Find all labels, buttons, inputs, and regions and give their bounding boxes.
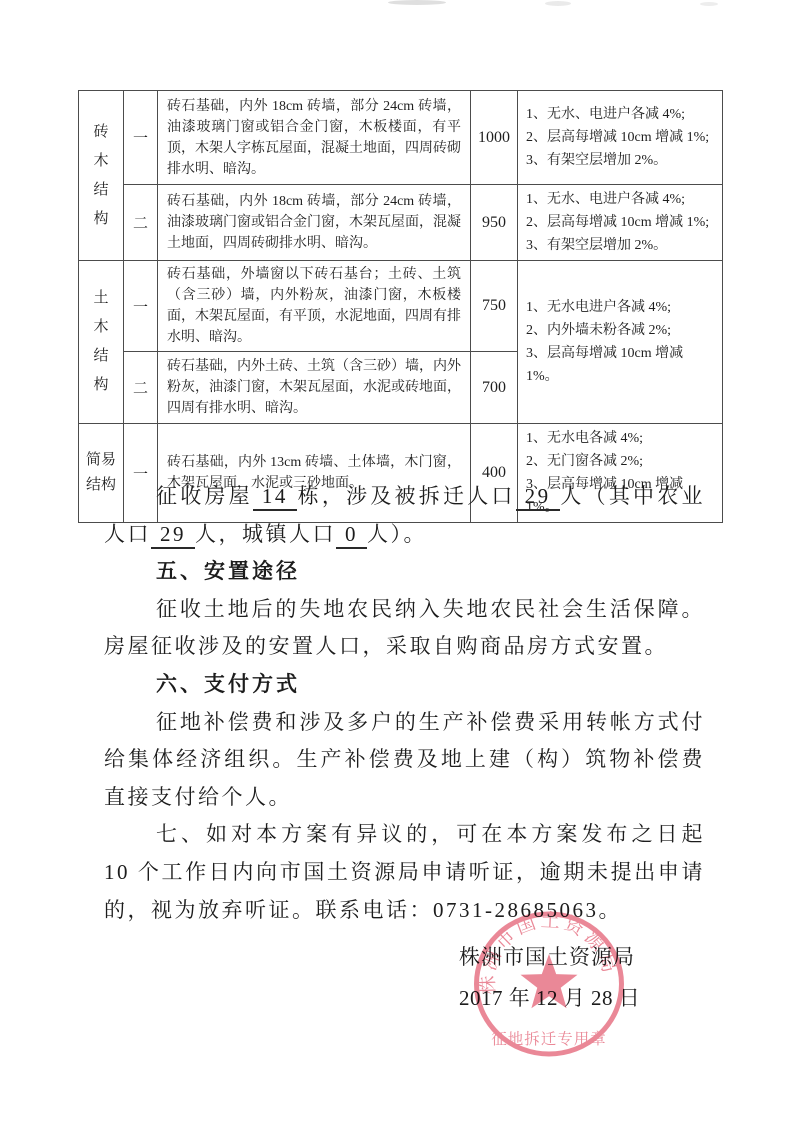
text-segment: 征收房屋	[156, 484, 253, 508]
seal-bottom-text: 征地拆迁专用章	[491, 1029, 607, 1048]
price-cell: 950	[471, 185, 518, 261]
description-cell: 砖石基础，内外 18cm 砖墙，部分 24cm 砖墙，油漆玻璃门窗或铝合金门窗，…	[158, 91, 471, 185]
text-segment: 栋，涉及被拆迁人口	[297, 484, 516, 508]
filled-blank-houses: 14	[253, 483, 297, 511]
price-cell: 700	[471, 352, 518, 424]
scanned-document-page: 砖木结构 一 砖石基础，内外 18cm 砖墙，部分 24cm 砖墙，油漆玻璃门窗…	[0, 0, 800, 1133]
section-heading-5: 五、安置途径	[104, 553, 705, 591]
adjustment-cell: 1、无水电进户各减 4%; 2、内外墙未粉各减 2%; 3、层高每增减 10cm…	[518, 261, 723, 424]
grade-cell: 一	[124, 91, 158, 185]
filled-blank-urban: 0	[336, 521, 367, 549]
section-heading-6: 六、支付方式	[104, 666, 705, 704]
structure-type-label: 砖木结构	[93, 118, 110, 234]
text-segment: 人，城镇人口	[195, 522, 336, 546]
structure-type-cell: 土木结构	[79, 261, 124, 424]
table-row: 土木结构 一 砖石基础，外墙窗以下砖石基台；土砖、土筑（含三砂）墙，内外粉灰，油…	[79, 261, 723, 352]
filled-blank-agricultural: 29	[151, 521, 195, 549]
scan-smudge	[545, 1, 571, 6]
filled-blank-population: 29	[516, 483, 560, 511]
grade-cell: 一	[124, 261, 158, 352]
official-seal: 株洲市国土资源局 征地拆迁专用章	[472, 909, 626, 1059]
compensation-standards-table: 砖木结构 一 砖石基础，内外 18cm 砖墙，部分 24cm 砖墙，油漆玻璃门窗…	[78, 90, 723, 523]
scan-smudge	[388, 0, 446, 5]
description-cell: 砖石基础，内外 18cm 砖墙，部分 24cm 砖墙，油漆玻璃门窗或铝合金门窗，…	[158, 185, 471, 261]
text-segment: 人）。	[367, 522, 427, 546]
paragraph-payment: 征地补偿费和涉及多户的生产补偿费采用转帐方式付给集体经济组织。生产补偿费及地上建…	[104, 704, 705, 817]
scan-smudge	[700, 2, 718, 6]
table-row: 砖木结构 一 砖石基础，内外 18cm 砖墙，部分 24cm 砖墙，油漆玻璃门窗…	[79, 91, 723, 185]
grade-cell: 二	[124, 185, 158, 261]
adjustment-cell: 1、无水、电进户各减 4%; 2、层高每增减 10cm 增减 1%; 3、有架空…	[518, 185, 723, 261]
price-cell: 750	[471, 261, 518, 352]
paragraph-resettlement: 征收土地后的失地农民纳入失地农民社会生活保障。房屋征收涉及的安置人口，采取自购商…	[104, 591, 705, 666]
document-body: 征收房屋14栋，涉及被拆迁人口29人（其中农业人口29人，城镇人口0人）。 五、…	[104, 478, 705, 929]
price-cell: 1000	[471, 91, 518, 185]
paragraph-housing-counts: 征收房屋14栋，涉及被拆迁人口29人（其中农业人口29人，城镇人口0人）。	[104, 478, 705, 553]
structure-type-cell: 砖木结构	[79, 91, 124, 261]
description-cell: 砖石基础，内外土砖、土筑（含三砂）墙，内外粉灰，油漆门窗，木架瓦屋面，水泥或砖地…	[158, 352, 471, 424]
description-cell: 砖石基础，外墙窗以下砖石基台；土砖、土筑（含三砂）墙，内外粉灰，油漆门窗，木板楼…	[158, 261, 471, 352]
adjustment-cell: 1、无水、电进户各减 4%; 2、层高每增减 10cm 增减 1%; 3、有架空…	[518, 91, 723, 185]
seal-star-icon	[521, 954, 578, 1008]
grade-cell: 二	[124, 352, 158, 424]
structure-type-label: 土木结构	[93, 284, 110, 400]
table-row: 二 砖石基础，内外 18cm 砖墙，部分 24cm 砖墙，油漆玻璃门窗或铝合金门…	[79, 185, 723, 261]
